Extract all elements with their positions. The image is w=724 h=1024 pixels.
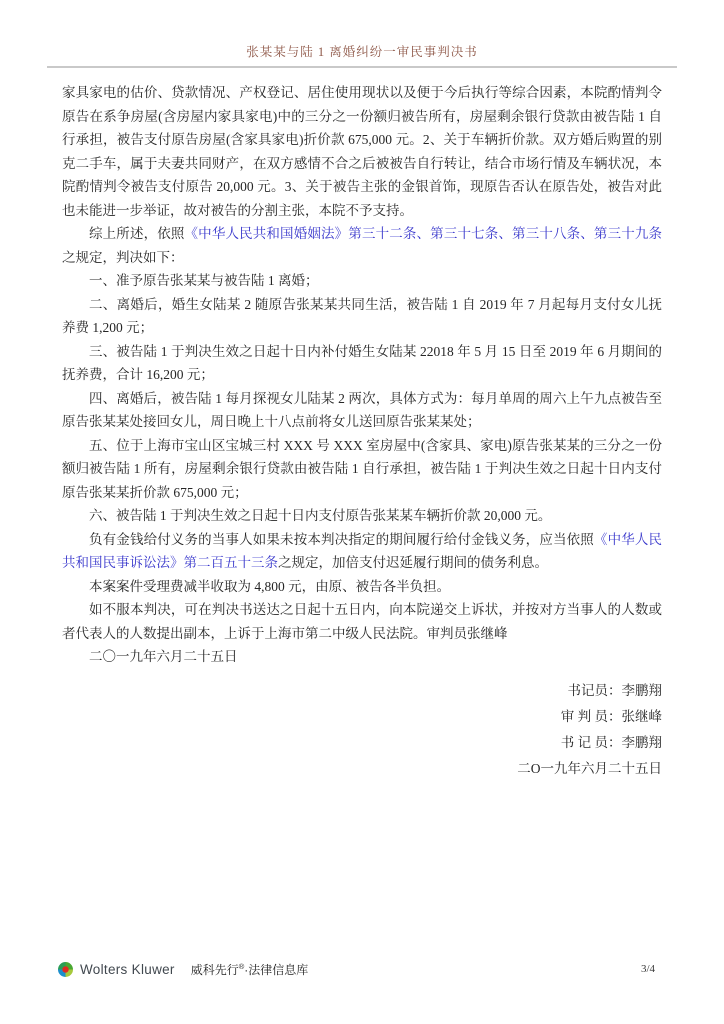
paragraph: 二〇一九年六月二十五日: [62, 645, 662, 669]
footer-branding: Wolters Kluwer 威科先行®·法律信息库: [58, 961, 308, 978]
text-run: 本案案件受理费减半收取为 4,800 元，由原、被告各半负担。: [89, 579, 450, 594]
paragraph: 综上所述，依照《中华人民共和国婚姻法》第三十二条、第三十七条、第三十八条、第三十…: [62, 222, 662, 269]
text-run: 三、被告陆 1 于判决生效之日起十日内补付婚生女陆某 22018 年 5 月 1…: [62, 344, 662, 383]
text-run: 二、离婚后，婚生女陆某 2 随原告张某某共同生活，被告陆 1 自 2019 年 …: [62, 297, 662, 336]
signature-line: 书记员：李鹏翔: [62, 678, 662, 704]
paragraph: 二、离婚后，婚生女陆某 2 随原告张某某共同生活，被告陆 1 自 2019 年 …: [62, 293, 662, 340]
paragraph: 家具家电的估价、贷款情况、产权登记、居住使用现状以及便于今后执行等综合因素，本院…: [62, 81, 662, 222]
paragraph: 四、离婚后，被告陆 1 每月探视女儿陆某 2 两次，具体方式为：每月单周的周六上…: [62, 387, 662, 434]
paragraph: 六、被告陆 1 于判决生效之日起十日内支付原告张某某车辆折价款 20,000 元…: [62, 504, 662, 528]
text-run: 五、位于上海市宝山区宝城三村 XXX 号 XXX 室房屋中(含家具、家电)原告张…: [62, 438, 662, 500]
text-run: 之规定，加倍支付迟延履行期间的债务利息。: [278, 555, 548, 570]
document-page: 张某某与陆 1 离婚纠纷一审民事判决书 家具家电的估价、贷款情况、产权登记、居住…: [0, 0, 724, 1024]
text-run: 四、离婚后，被告陆 1 每月探视女儿陆某 2 两次，具体方式为：每月单周的周六上…: [62, 391, 662, 430]
product-name: 威科先行®·法律信息库: [191, 961, 309, 978]
text-run: 之规定，判决如下：: [62, 250, 184, 265]
signature-line: 书 记 员：李鹏翔: [62, 730, 662, 756]
text-run: 二〇一九年六月二十五日: [89, 649, 238, 664]
paragraph: 本案案件受理费减半收取为 4,800 元，由原、被告各半负担。: [62, 575, 662, 599]
document-body: 家具家电的估价、贷款情况、产权登记、居住使用现状以及便于今后执行等综合因素，本院…: [62, 81, 662, 669]
paragraph: 三、被告陆 1 于判决生效之日起十日内补付婚生女陆某 22018 年 5 月 1…: [62, 340, 662, 387]
paragraph: 负有金钱给付义务的当事人如果未按本判决指定的期间履行给付金钱义务，应当依照《中华…: [62, 528, 662, 575]
paragraph: 五、位于上海市宝山区宝城三村 XXX 号 XXX 室房屋中(含家具、家电)原告张…: [62, 434, 662, 505]
brand-name: Wolters Kluwer: [80, 962, 175, 977]
product-name-text: 威科先行: [191, 963, 239, 977]
text-run: 一、准予原告张某某与被告陆 1 离婚；: [89, 273, 319, 288]
paragraph: 一、准予原告张某某与被告陆 1 离婚；: [62, 269, 662, 293]
signature-block: 书记员：李鹏翔审 判 员：张继峰书 记 员：李鹏翔二O一九年六月二十五日: [62, 678, 662, 782]
signature-line: 二O一九年六月二十五日: [62, 756, 662, 782]
text-run: 负有金钱给付义务的当事人如果未按本判决指定的期间履行给付金钱义务，应当依照: [89, 532, 594, 547]
law-reference-link[interactable]: 第二百五十三条: [184, 555, 279, 570]
document-title: 张某某与陆 1 离婚纠纷一审民事判决书: [0, 42, 724, 60]
header-divider: [47, 66, 677, 68]
paragraph: 如不服本判决，可在判决书送达之日起十五日内，向本院递交上诉状，并按对方当事人的人…: [62, 598, 662, 645]
law-reference-link[interactable]: 《中华人民共和国婚姻法》: [185, 226, 349, 241]
product-suffix: ·法律信息库: [244, 963, 308, 977]
wolters-kluwer-logo-icon: [58, 962, 73, 977]
page-footer: Wolters Kluwer 威科先行®·法律信息库 3/4: [58, 956, 677, 982]
text-run: 如不服本判决，可在判决书送达之日起十五日内，向本院递交上诉状，并按对方当事人的人…: [62, 602, 662, 641]
text-run: 综上所述，依照: [89, 226, 185, 241]
text-run: 家具家电的估价、贷款情况、产权登记、居住使用现状以及便于今后执行等综合因素，本院…: [62, 85, 662, 218]
signature-line: 审 判 员：张继峰: [62, 704, 662, 730]
law-reference-link[interactable]: 第三十二条、第三十七条、第三十八条、第三十九条: [348, 226, 662, 241]
text-run: 六、被告陆 1 于判决生效之日起十日内支付原告张某某车辆折价款 20,000 元…: [89, 508, 551, 523]
page-number: 3/4: [641, 963, 655, 975]
